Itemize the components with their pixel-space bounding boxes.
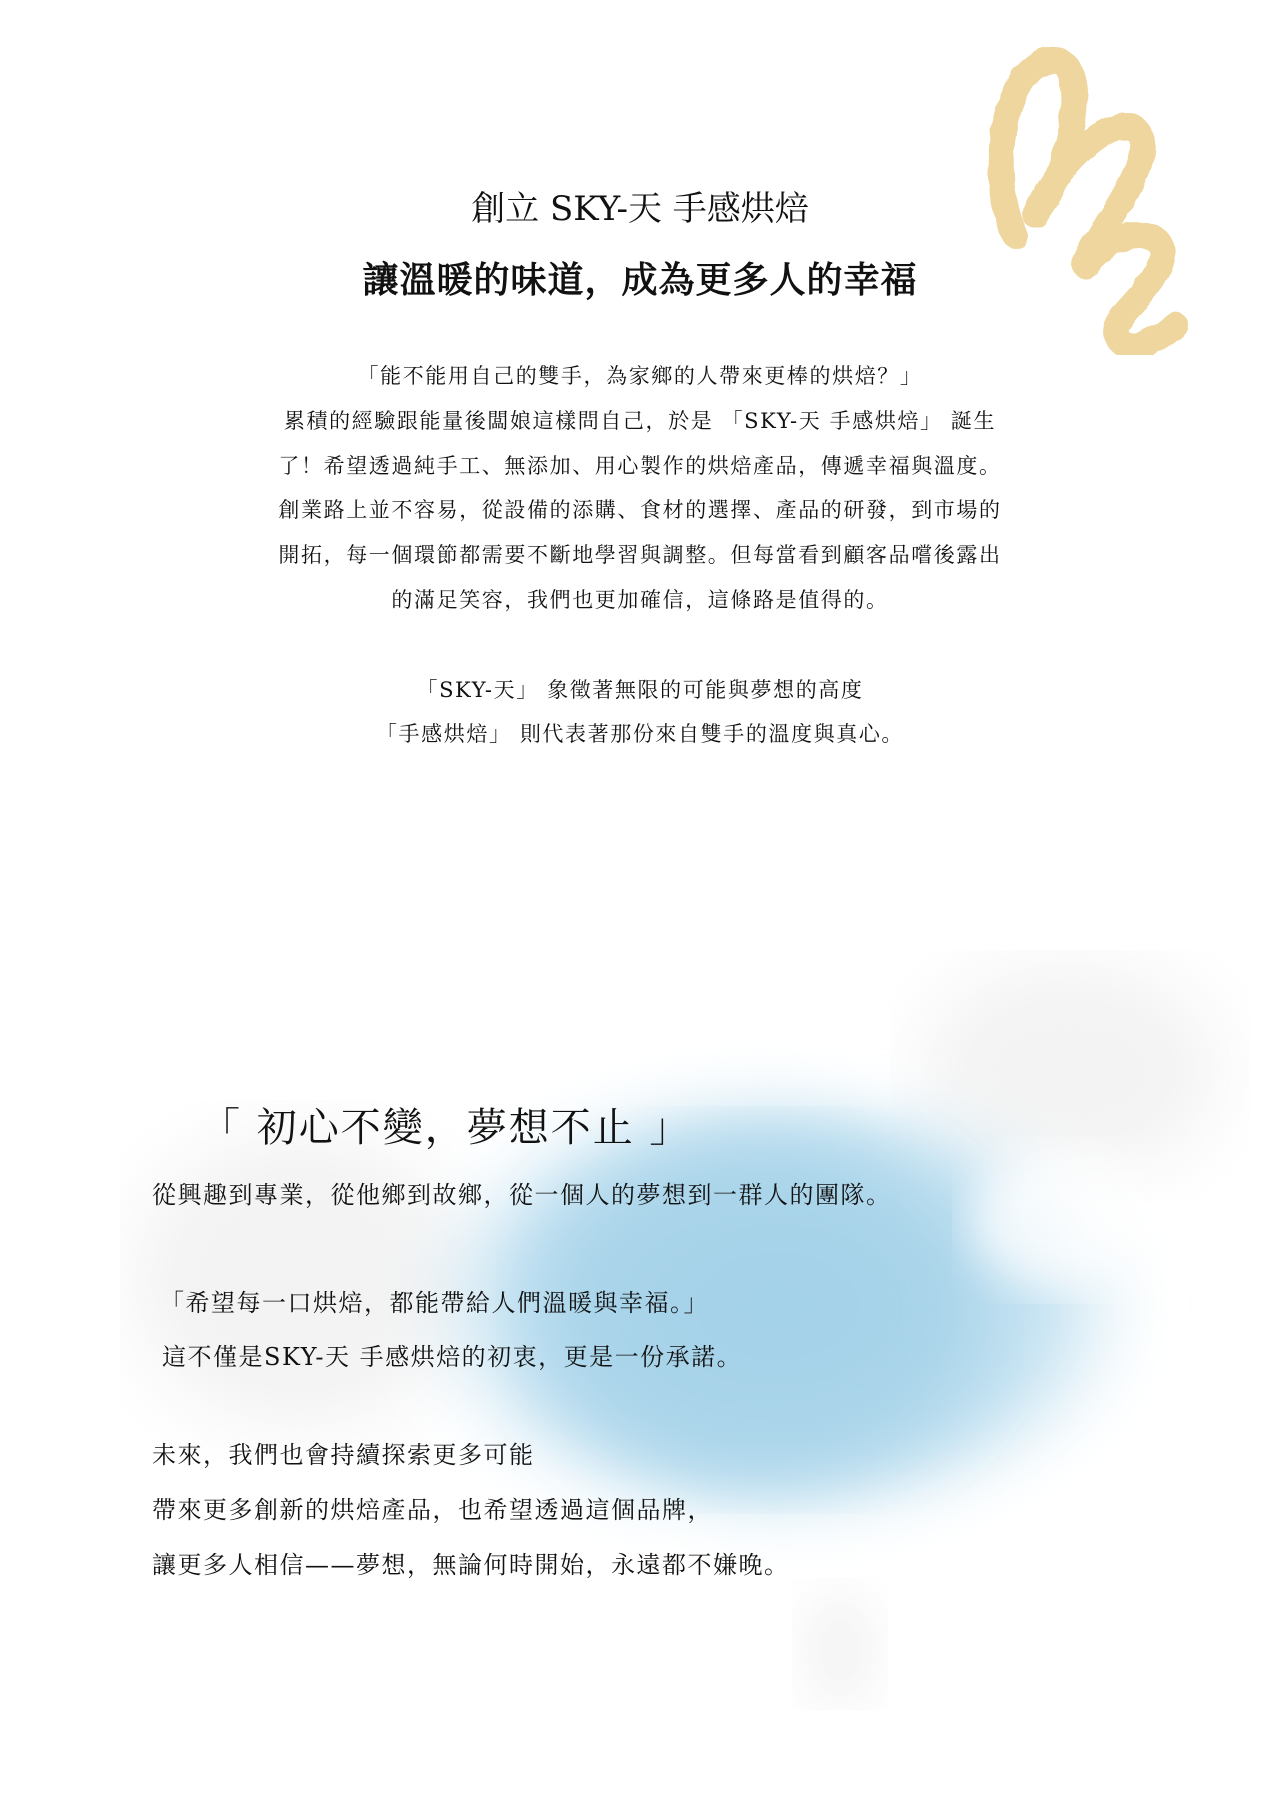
story-line: 創業路上並不容易，從設備的添購、食材的選擇、產品的研發，到市場的 (0, 500, 1280, 521)
promise-text: 這不僅是SKY-天 手感烘焙的初衷，更是一份承諾。 (162, 1345, 742, 1369)
story-line: 「能不能用自己的雙手，為家鄉的人帶來更棒的烘焙？」 (0, 366, 1280, 387)
promise-quote: 「希望每一口烘焙，都能帶給人們溫暖與幸福。」 (160, 1291, 709, 1315)
story-line: 了！希望透過純手工、無添加、用心製作的烘焙產品，傳遞幸福與溫度。 (0, 456, 1280, 477)
future-line: 帶來更多創新的烘焙產品，也希望透過這個品牌， (152, 1498, 713, 1522)
blue-watercolor-background (120, 950, 1260, 1710)
page-title: 創立 SKY-天 手感烘焙 (0, 192, 1280, 226)
story-line: 開拓，每一個環節都需要不斷地學習與調整。但每當看到顧客品嚐後露出 (0, 545, 1280, 566)
mission-intro: 從興趣到專業，從他鄉到故鄉，從一個人的夢想到一群人的團隊。 (152, 1183, 892, 1207)
future-line: 未來，我們也會持續探索更多可能 (152, 1443, 535, 1467)
gold-watercolor-squiggle-decoration (975, 25, 1195, 355)
page-subtitle: 讓溫暖的味道，成為更多人的幸福 (0, 262, 1280, 298)
brand-meaning-line: 「SKY-天」 象徵著無限的可能與夢想的高度 (0, 680, 1280, 701)
story-line: 累積的經驗跟能量後闆娘這樣問自己，於是 「SKY-天 手感烘焙」 誕生 (0, 411, 1280, 432)
future-line: 讓更多人相信——夢想，無論何時開始，永遠都不嫌晚。 (152, 1553, 790, 1577)
story-line: 的滿足笑容，我們也更加確信，這條路是值得的。 (0, 590, 1280, 611)
brand-meaning-line: 「手感烘焙」 則代表著那份來自雙手的溫度與真心。 (0, 724, 1280, 745)
mission-heading: 「 初心不變，夢想不止 」 (200, 1108, 691, 1148)
